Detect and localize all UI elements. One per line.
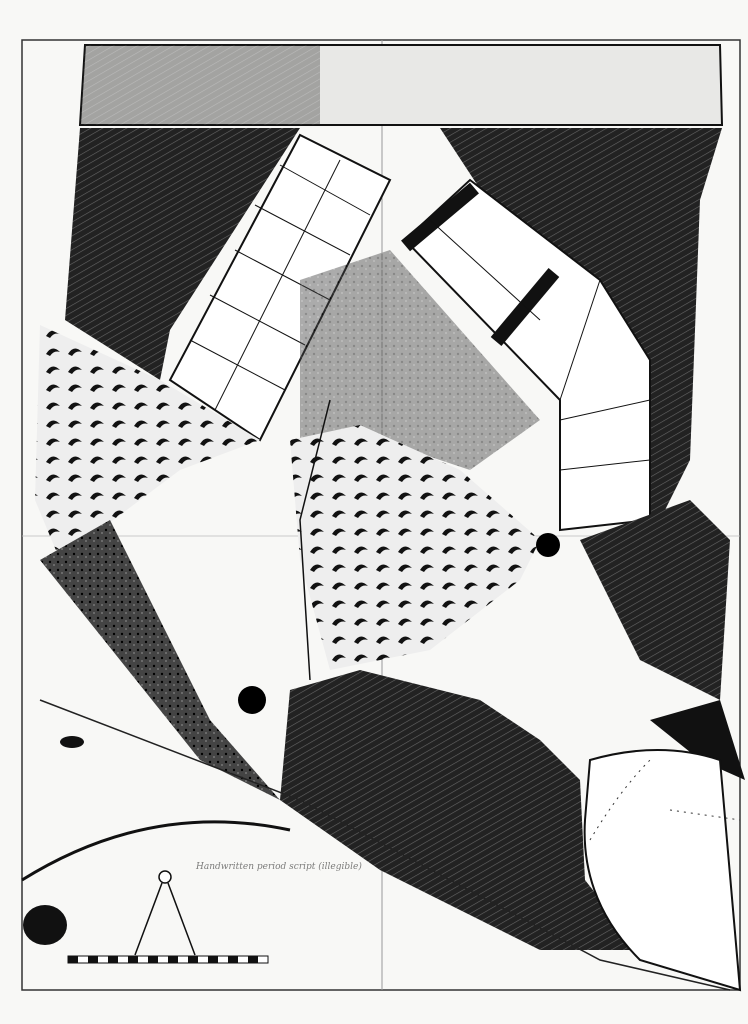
top-field-strip-shading [80,45,320,125]
blot-west [60,736,84,748]
pond-east [536,533,560,557]
scale-bar [68,956,268,963]
annotation-note: Handwritten period script (illegible) [196,862,362,872]
pond-central [238,686,266,714]
estate-map [0,0,748,1024]
blot-southwest [23,905,67,945]
